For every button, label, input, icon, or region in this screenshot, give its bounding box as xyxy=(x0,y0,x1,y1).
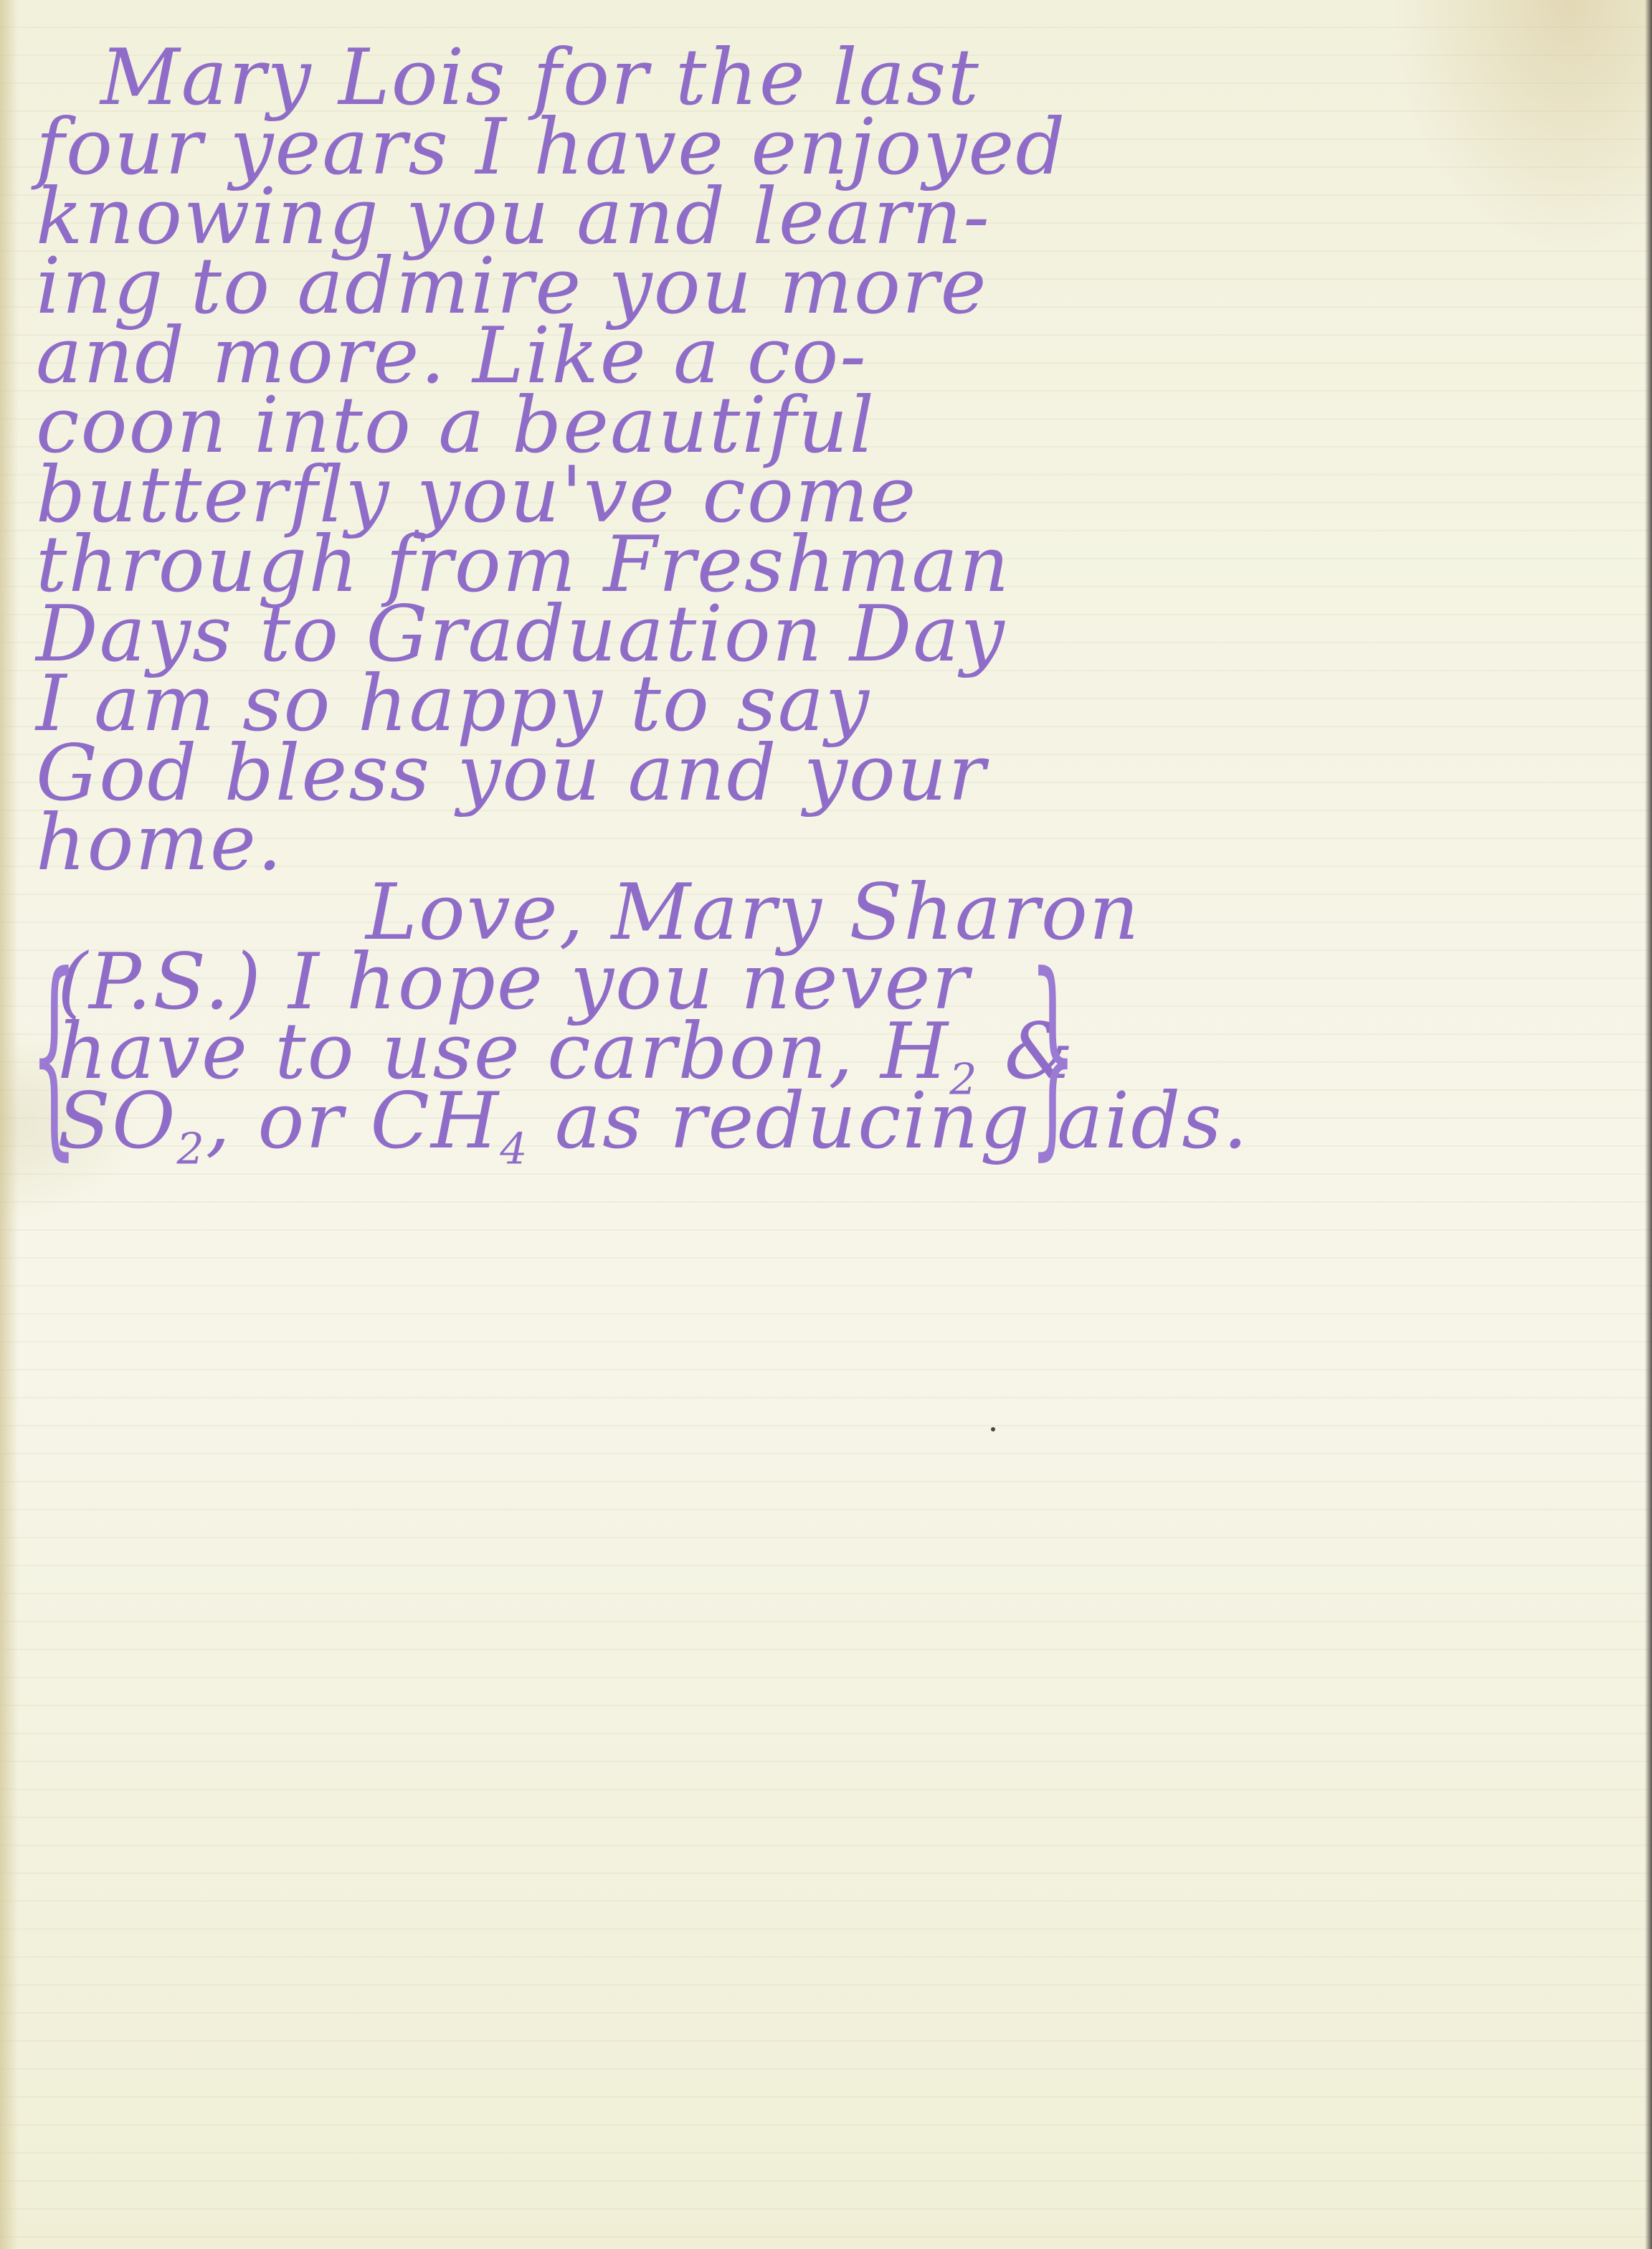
postscript-line: SO2, or CH4 as reducing aids. xyxy=(57,1086,1126,1156)
postscript-text: , xyxy=(206,1076,258,1166)
postscript: { } (P.S.) I hope you never have to use … xyxy=(36,947,1126,1156)
subscript: 2 xyxy=(177,1124,206,1175)
postscript-text: as reducing aids. xyxy=(555,1076,1249,1166)
subscript: 4 xyxy=(500,1124,528,1175)
left-brace-icon: { xyxy=(30,950,79,1158)
right-brace-icon: } xyxy=(1029,950,1078,1158)
page-edge-shadow xyxy=(1645,0,1652,2249)
postscript-text: or CH xyxy=(257,1076,500,1166)
handwritten-letter: Mary Lois for the last four years I have… xyxy=(36,43,1126,1156)
paper-speck xyxy=(991,1427,995,1431)
scanned-page: Mary Lois for the last four years I have… xyxy=(0,0,1652,2249)
